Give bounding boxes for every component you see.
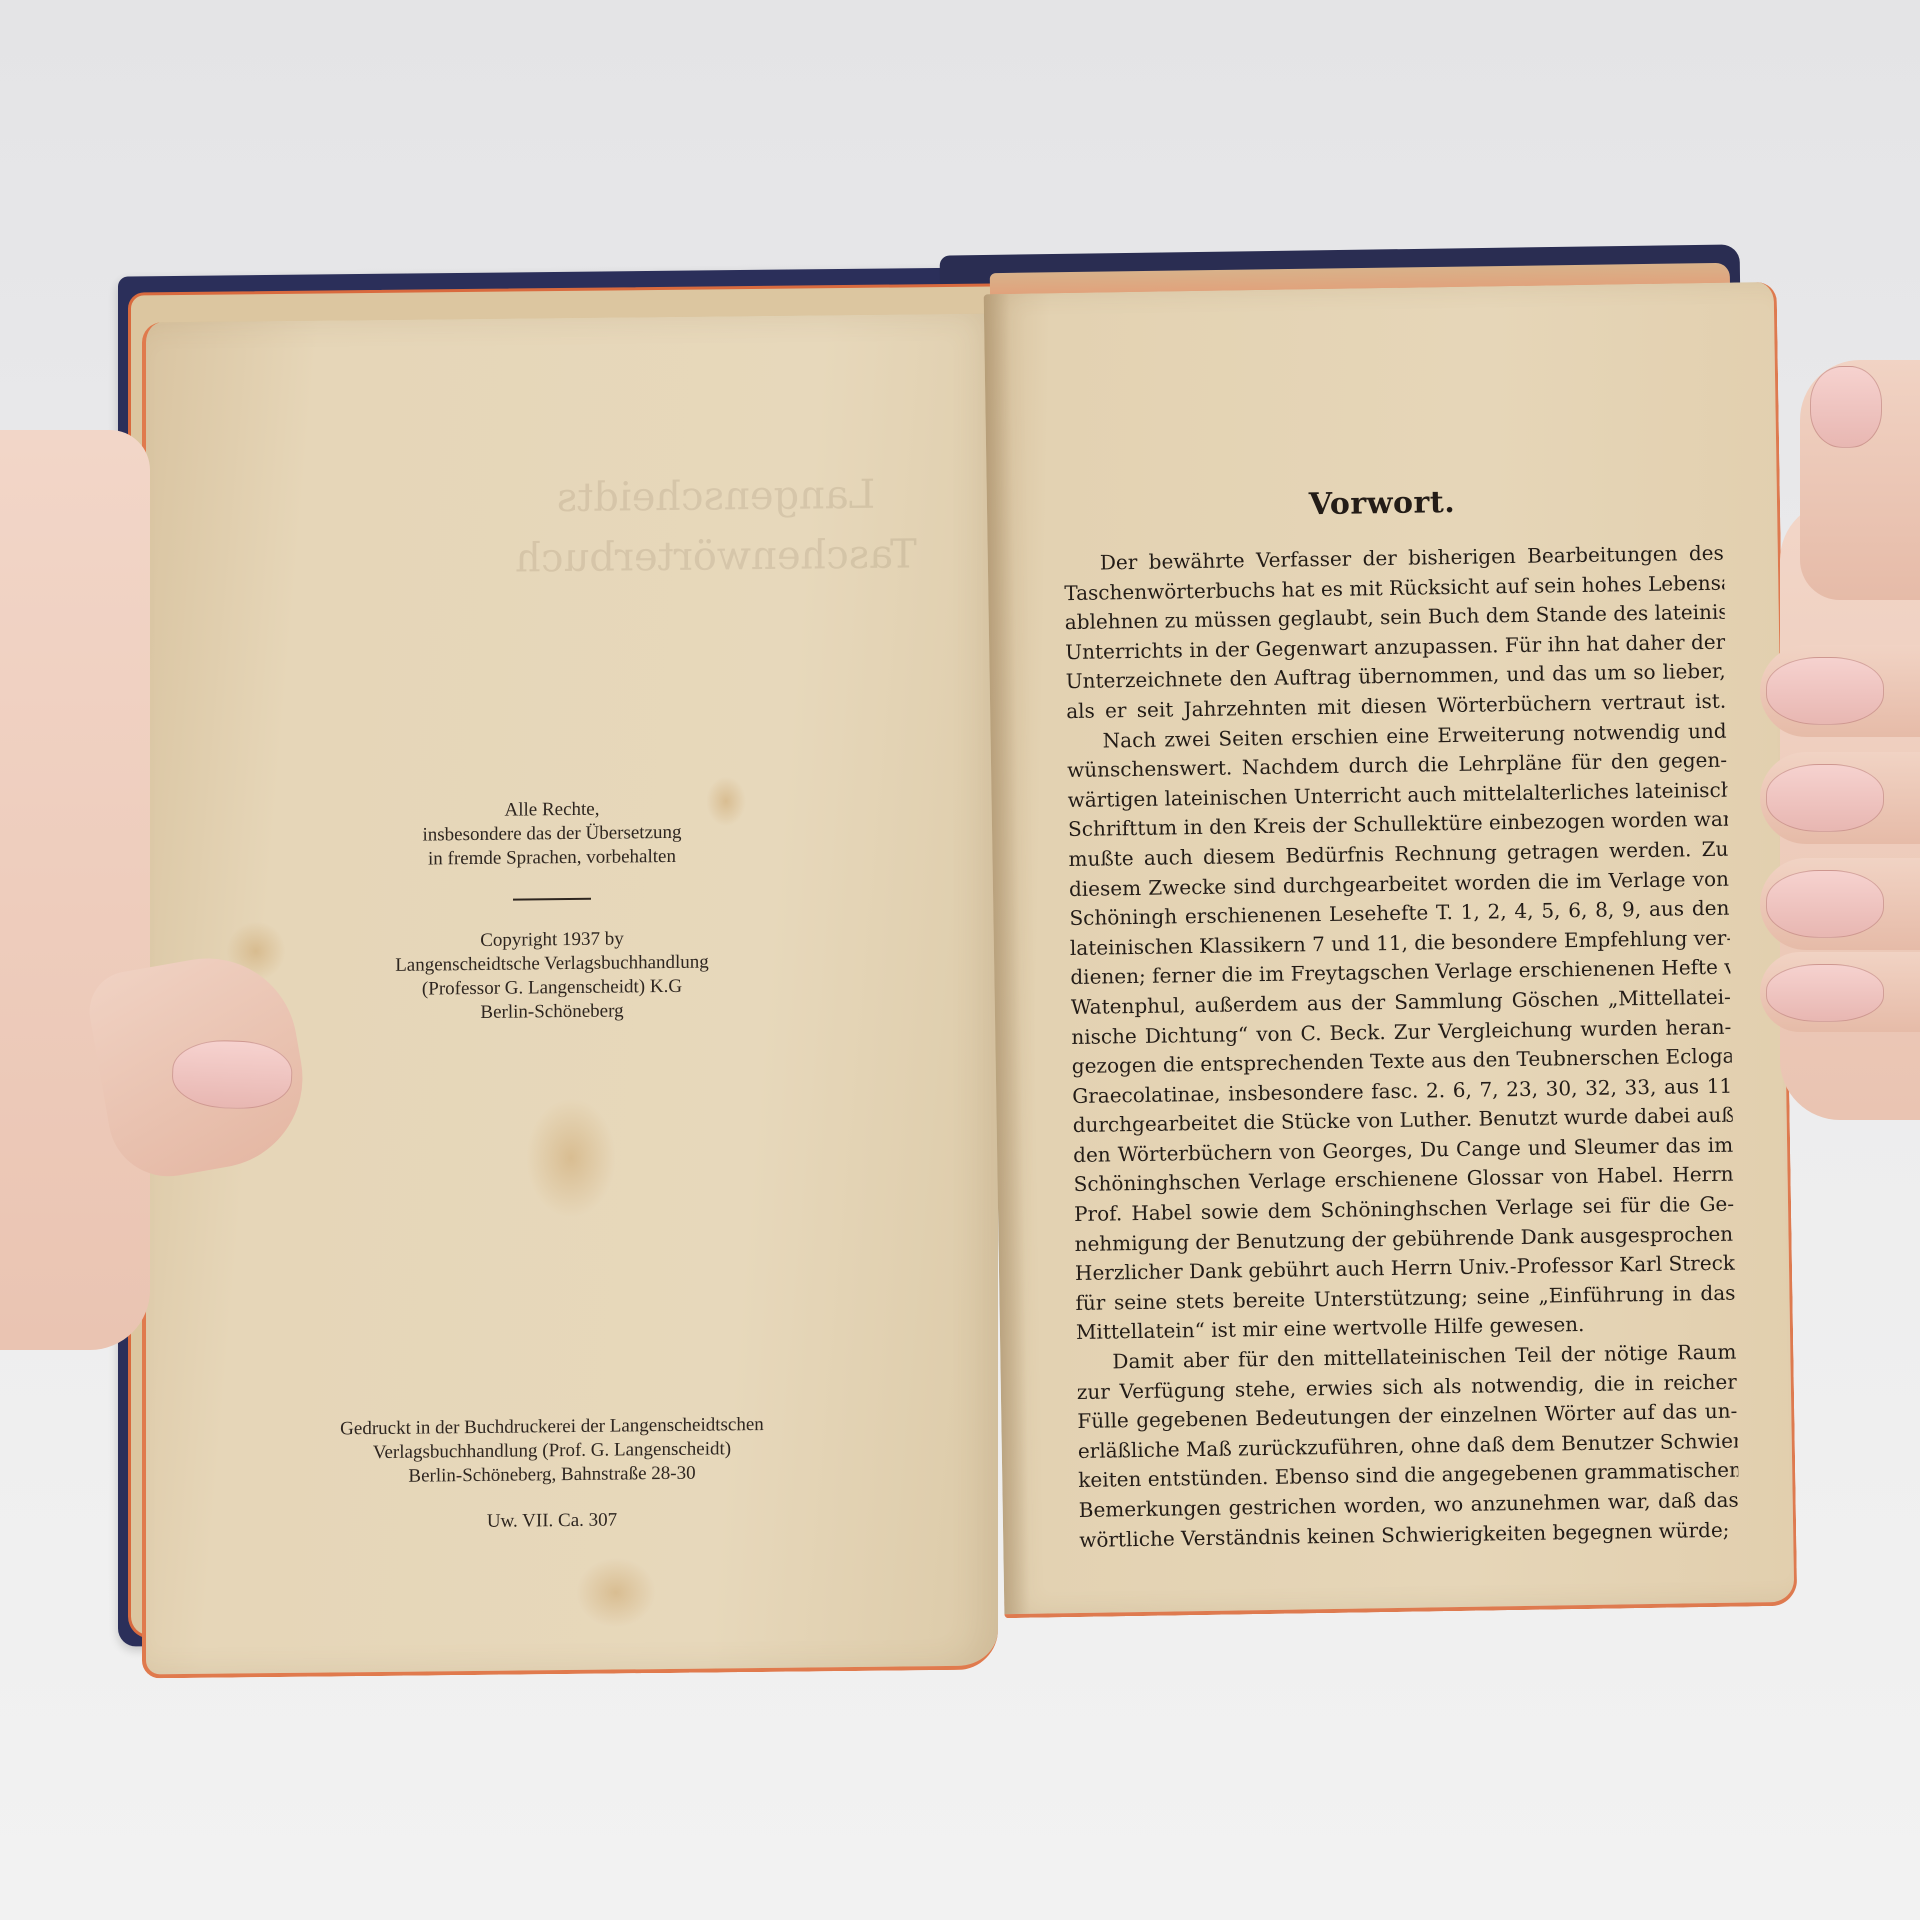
fingernail	[1766, 964, 1884, 1022]
fingernail	[1766, 657, 1884, 725]
preface-body: Der bewährte Verfasser der bisherigen Be…	[1064, 539, 1740, 1555]
show-through-text: Langenscheidts Taschenwörterbuch	[476, 464, 956, 589]
right-finger	[1760, 752, 1920, 844]
foxing-stain	[526, 1098, 616, 1219]
foxing-stain	[576, 1557, 656, 1628]
right-finger	[1760, 645, 1920, 737]
right-finger	[1760, 858, 1920, 950]
printer-imprint: Gedruckt in der Buchdruckerei der Langen…	[142, 1411, 978, 1538]
print-code: Uw. VII. Ca. 307	[142, 1505, 978, 1538]
preface-title: Vorwort.	[987, 480, 1777, 527]
fingernail	[1766, 764, 1884, 832]
divider-rule	[513, 898, 591, 901]
open-book: Langenscheidts Taschenwörterbuch Alle Re…	[0, 0, 1920, 1920]
right-finger	[1760, 952, 1920, 1032]
fingernail	[1766, 870, 1884, 938]
right-thumb	[1800, 360, 1920, 600]
preface-page: Vorwort. Der bewährte Verfasser der bish…	[984, 282, 1798, 1618]
left-hand	[0, 430, 150, 1350]
show-through-line: Taschenwörterbuch	[476, 524, 956, 589]
thumbnail	[171, 1038, 293, 1110]
show-through-line: Langenscheidts	[476, 464, 956, 529]
thumbnail	[1810, 366, 1882, 448]
